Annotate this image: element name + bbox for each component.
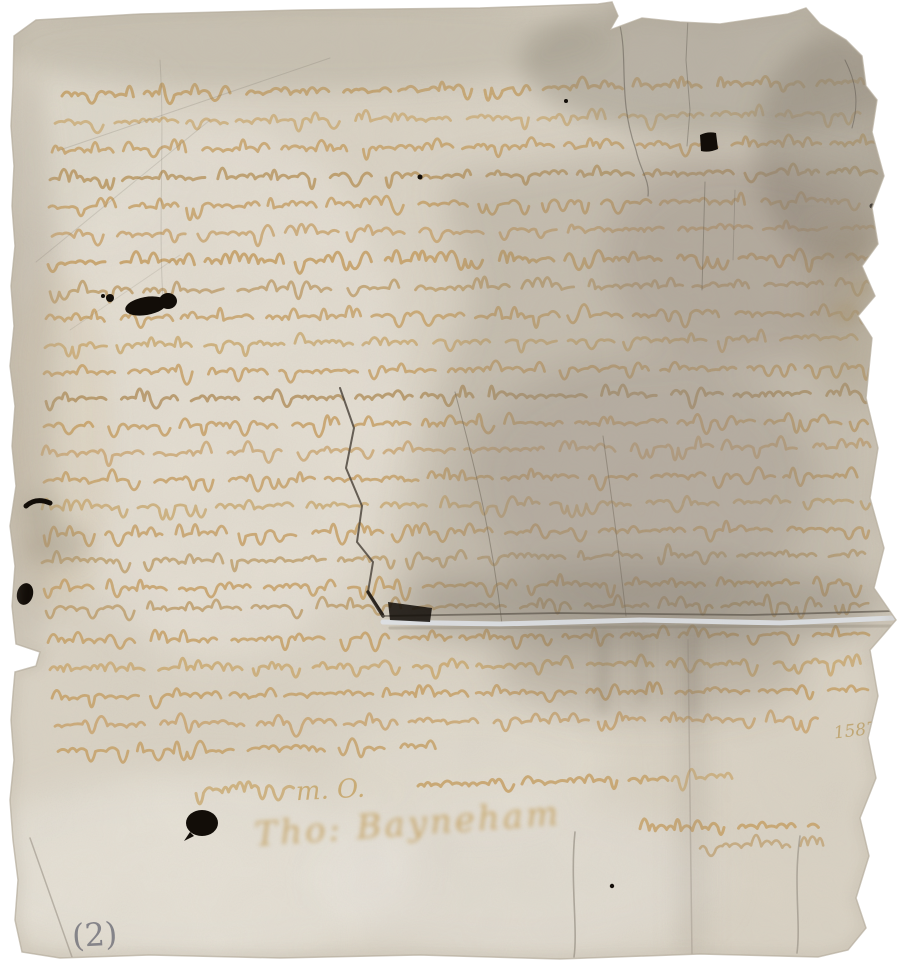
manuscript-photo: m. O. Tho: Bayneham 1587 xyxy=(0,0,900,974)
worm-hole xyxy=(700,132,718,151)
paper-noise-texture xyxy=(0,0,900,974)
archival-page-number: (2) xyxy=(71,915,118,955)
pencil-mark: (2) xyxy=(71,915,118,955)
